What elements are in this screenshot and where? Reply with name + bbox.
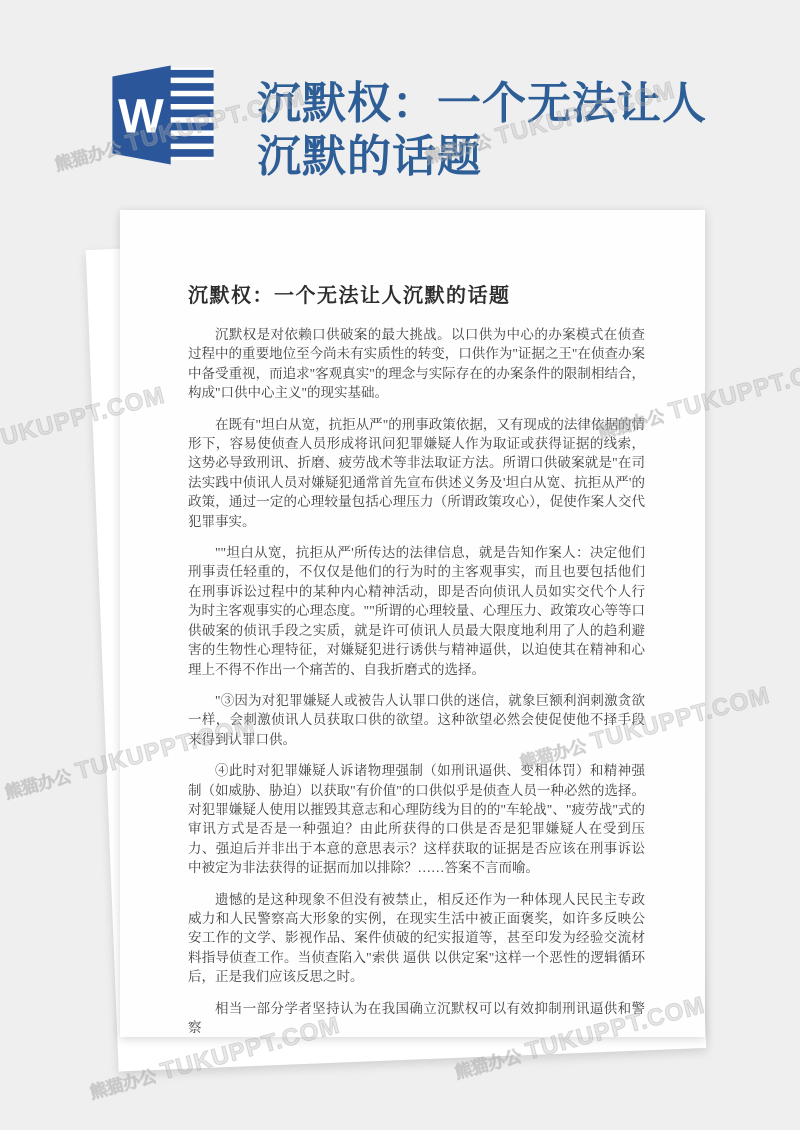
doc-paragraph: "③因为对犯罪嫌疑人或被告人认罪口供的迷信，就象巨额利润刺激贪欲一样，会刺激侦讯… [188, 691, 645, 749]
document-sheet: 沉默权：一个无法让人沉默的话题 沉默权是对依赖口供破案的最大挑战。以口供为中心的… [120, 210, 705, 1037]
doc-body: 沉默权是对依赖口供破案的最大挑战。以口供为中心的办案模式在侦查过程中的重要地位至… [188, 325, 645, 1037]
doc-paragraph: 在既有"坦白从宽，抗拒从严"的刑事政策依据，又有现成的法律依据的情形下，容易使侦… [188, 415, 645, 531]
doc-paragraph: 沉默权是对依赖口供破案的最大挑战。以口供为中心的办案模式在侦查过程中的重要地位至… [188, 325, 645, 403]
doc-paragraph: 遗憾的是这种现象不但没有被禁止，相反还作为一种体现人民民主专政威力和人民警察高大… [188, 890, 645, 987]
page-title: 沉默权：一个无法让人沉默的话题 [257, 77, 735, 183]
doc-paragraph: ④此时对犯罪嫌疑人诉诸物理强制（如刑讯逼供、变相体罚）和精神强制（如威胁、胁迫）… [188, 761, 645, 877]
doc-heading: 沉默权：一个无法让人沉默的话题 [188, 282, 645, 310]
word-icon: W [108, 60, 218, 170]
watermark-cn-text: 熊猫办公 [3, 767, 74, 803]
watermark-cn-text: 熊猫办公 [88, 1067, 159, 1103]
doc-paragraph: ""坦白从宽，抗拒从严'所传达的法律信息，就是告知作案人：决定他们刑事责任轻重的… [188, 543, 645, 679]
doc-paragraph: 相当一部分学者坚持认为在我国确立沉默权可以有效抑制刑讯逼供和警察 [188, 999, 645, 1037]
word-icon-letter: W [118, 90, 164, 144]
